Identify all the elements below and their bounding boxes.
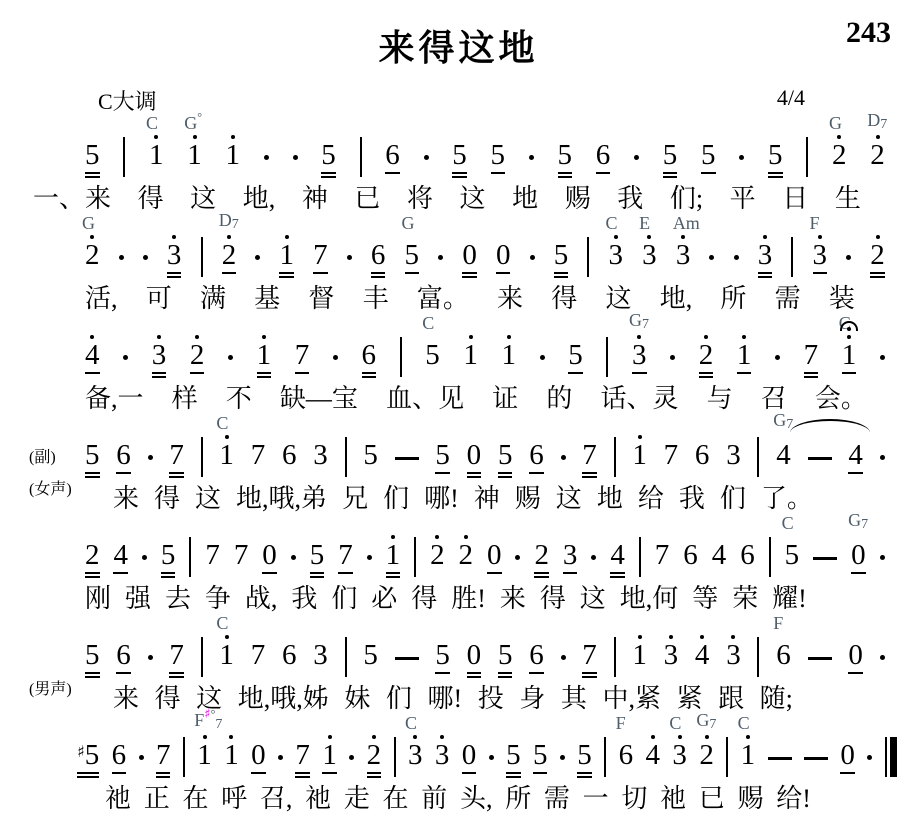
note: 5 (558, 132, 573, 179)
augmentation-dot (880, 555, 885, 560)
underline-group (197, 770, 212, 779)
lyric-syllable: 所 (505, 782, 531, 816)
sharp-icon: ♯ (77, 742, 85, 761)
note-digit: 7 (582, 641, 597, 670)
barline (769, 537, 771, 577)
underline (167, 276, 182, 278)
underline-group (321, 170, 336, 179)
underline-group (568, 370, 583, 379)
underline (169, 672, 184, 674)
lyric-syllable: 前 (421, 782, 447, 816)
underline (161, 572, 176, 574)
note: 1 (322, 732, 337, 779)
note: 2 (534, 532, 549, 579)
underline (558, 176, 573, 178)
underline (156, 772, 171, 774)
note-digit: 5 (435, 641, 450, 670)
note: C3 (408, 732, 423, 779)
note-row: 567C17635505671343F60 (85, 631, 885, 679)
underline (632, 372, 647, 374)
note-digit: 5 (498, 641, 513, 670)
note: 3 (313, 632, 328, 679)
note: 5 (363, 632, 378, 679)
augmentation-dot (367, 555, 372, 560)
note: 5 (363, 432, 378, 479)
augmentation-dot (293, 155, 298, 160)
note: C3 (672, 732, 687, 779)
underline (367, 776, 382, 778)
underline-group (116, 670, 131, 679)
chord-label: G (829, 114, 842, 132)
underline (295, 772, 310, 774)
underline (582, 676, 597, 678)
underline-group (251, 470, 266, 479)
augmentation-dot (561, 455, 566, 460)
note-digit: 5 (85, 441, 100, 470)
underline (85, 176, 100, 178)
lyric-syllable: 这 (580, 582, 606, 616)
chord-label: D7 (867, 111, 887, 132)
underline-group (251, 770, 266, 779)
lyric-syllable: 血、见 (386, 382, 464, 416)
underline-group (222, 270, 237, 279)
lyric-syllable: 等 (692, 582, 718, 616)
note: 6 (371, 232, 386, 279)
note-digit: 7 (664, 441, 679, 470)
octave-dot (154, 135, 158, 139)
note: 5 (310, 532, 325, 579)
note: 3 (726, 632, 741, 679)
note: 6 (282, 632, 297, 679)
underline (582, 672, 597, 674)
lyric-row: 活,可满基督丰富。来得这地,所需装 (85, 282, 855, 316)
lyric-syllable: 争 (205, 582, 231, 616)
underline (405, 272, 420, 274)
underline (435, 472, 450, 474)
underline-group (467, 670, 482, 679)
underline-group (870, 170, 885, 179)
underline (112, 772, 127, 774)
note: G2 (832, 132, 847, 179)
underline-group (313, 470, 328, 479)
chord-label: G7 (629, 311, 649, 332)
underline-group (699, 370, 714, 379)
note-digit: 4 (712, 541, 727, 570)
underline-group (758, 270, 773, 279)
underline-group (672, 770, 687, 779)
lyric-syllable: 们; (670, 182, 703, 216)
underline-group (385, 170, 400, 179)
duration-dash (804, 757, 828, 760)
underline (506, 776, 521, 778)
underline-group (851, 570, 866, 579)
note: 5 (85, 132, 100, 179)
lyric-syllable: 头, (460, 782, 493, 816)
note: 7 (251, 432, 266, 479)
note: 3 (167, 232, 182, 279)
underline (534, 576, 549, 578)
octave-dot (876, 135, 880, 139)
note: 5 (491, 132, 506, 179)
note: 5 (452, 132, 467, 179)
lyric-syllable: 去 (165, 582, 191, 616)
underline (257, 372, 272, 374)
note: 6 (683, 532, 698, 579)
underline-group (699, 770, 714, 779)
note-digit: 5 (425, 341, 440, 370)
underline-group (363, 670, 378, 679)
lyric-syllable: 基 (254, 282, 280, 316)
note-digit: 7 (338, 541, 353, 570)
lyric-syllable: 生 (835, 182, 861, 216)
augmentation-dot (489, 755, 494, 760)
lyric-syllable: 得 (540, 582, 566, 616)
octave-dot (90, 235, 94, 239)
lyric-syllable: 缺—宝 (280, 382, 358, 416)
underline-group (664, 470, 679, 479)
augmentation-dot (530, 255, 535, 260)
underline (467, 476, 482, 478)
note: 0 (496, 232, 511, 279)
note: D72 (870, 132, 885, 179)
lyric-syllable: 我 (617, 182, 643, 216)
augmentation-dot (139, 755, 144, 760)
barline (394, 737, 396, 777)
underline (435, 672, 450, 674)
note-digit: 7 (205, 541, 220, 570)
note: 1 (463, 332, 478, 379)
barline (614, 637, 616, 677)
note-digit: 3 (408, 741, 423, 770)
underline-group (610, 570, 625, 579)
underline (498, 676, 513, 678)
underline-group (663, 170, 678, 179)
underline-group (295, 770, 310, 779)
underline-group (149, 170, 164, 179)
augmentation-dot (634, 155, 639, 160)
note: 5 (701, 132, 716, 179)
underline-group (463, 370, 478, 379)
note: 3 (435, 732, 450, 779)
note: 0 (467, 632, 482, 679)
lyric-syllable: 给! (776, 782, 811, 816)
underline (321, 172, 336, 174)
augmentation-dot (278, 755, 283, 760)
underline-group (85, 370, 100, 379)
barline (123, 137, 125, 177)
octave-dot (746, 735, 750, 739)
octave-dot (262, 335, 266, 339)
score: 5C1G°11565556555G2D72一、来得这地,神已将这地赐我们;平日生… (0, 116, 917, 816)
music-system: 432176C5115G73217C1备,一样不缺—宝血、见证的话、灵与召会。 (85, 316, 917, 416)
note: 7 (664, 432, 679, 479)
lyric-syllable: 切 (621, 782, 647, 816)
underline-group (161, 570, 176, 579)
note-digit: 5 (321, 141, 336, 170)
note-digit: 1 (197, 741, 212, 770)
octave-dot (681, 235, 685, 239)
note-digit: 6 (740, 541, 755, 570)
octave-dot (763, 235, 767, 239)
augmentation-dot (846, 255, 851, 260)
lyric-syllable: 刚 (85, 582, 111, 616)
lyric-syllable: 这 (556, 482, 582, 516)
note-digit: 0 (462, 741, 477, 770)
lyric-syllable: 兄 (342, 482, 368, 516)
underline (85, 472, 100, 474)
note-row: ♯567F♯°7110712C330555F64C3G72C10 (77, 731, 897, 779)
underline (116, 472, 131, 474)
underline-group (632, 470, 647, 479)
octave-dot (705, 735, 709, 739)
augmentation-dot (291, 555, 296, 560)
underline-group (676, 270, 691, 279)
underline-group (529, 670, 544, 679)
note: G5 (405, 232, 420, 279)
octave-dot (157, 335, 161, 339)
underline-group (832, 170, 847, 179)
lyric-syllable: 日 (782, 182, 808, 216)
underline-group (224, 770, 239, 779)
lyric-row: 祂正在呼召,祂走在前头,所需一切祂已赐给! (105, 782, 811, 816)
note: C1 (149, 132, 164, 179)
underline-group (262, 570, 277, 579)
note-digit: 7 (251, 441, 266, 470)
underline-group (609, 270, 624, 279)
note-digit: 7 (655, 541, 670, 570)
time-signature: 4/4 (777, 85, 805, 116)
note-digit: 3 (726, 641, 741, 670)
underline (367, 772, 382, 774)
lyric-syllable: 得 (551, 282, 577, 316)
lyric-syllable: 呼 (221, 782, 247, 816)
underline (467, 672, 482, 674)
underline (85, 372, 100, 374)
underline-group (459, 570, 474, 579)
underline (851, 572, 866, 574)
underline-group (435, 470, 450, 479)
lyric-syllable: 身 (519, 682, 545, 716)
note: 5 (506, 732, 521, 779)
lyric-syllable: 地,何 (620, 582, 679, 616)
octave-dot (818, 235, 822, 239)
octave-dot (507, 335, 511, 339)
note-digit: 2 (85, 241, 100, 270)
underline (558, 172, 573, 174)
underline-group (425, 370, 440, 379)
augmentation-dot (540, 355, 545, 360)
note: 5 (663, 132, 678, 179)
note-row: 2457705712202347646C5G70 (85, 531, 885, 579)
note-digit: 3 (726, 441, 741, 470)
note: 2 (459, 532, 474, 579)
augmentation-dot (880, 455, 885, 460)
barline (726, 737, 728, 777)
note: 2 (699, 332, 714, 379)
note-digit: 2 (459, 541, 474, 570)
augmentation-dot (734, 255, 739, 260)
note-digit: 3 (435, 741, 450, 770)
duration-dash (768, 757, 792, 760)
lyric-syllable: 这 (605, 282, 631, 316)
underline-group (632, 370, 647, 379)
note-digit: ♯5 (77, 737, 99, 770)
note-digit: 6 (529, 641, 544, 670)
note: C1 (219, 432, 234, 479)
underline-group (367, 770, 382, 779)
underline-group (295, 370, 310, 379)
underline (338, 572, 353, 574)
chord-label: G7 (696, 711, 716, 732)
underline-group (741, 770, 756, 779)
underline-group (310, 570, 325, 579)
note: 5 (85, 432, 100, 479)
note-digit: 3 (664, 641, 679, 670)
underline-group (534, 570, 549, 579)
note: 4 (848, 432, 863, 479)
underline (467, 472, 482, 474)
underline-group (85, 470, 100, 479)
octave-dot (678, 735, 682, 739)
augmentation-dot (867, 755, 872, 760)
underline-group (205, 570, 220, 579)
note-digit: 0 (487, 541, 502, 570)
underline (498, 476, 513, 478)
augmentation-dot (333, 355, 338, 360)
note: 4 (85, 332, 100, 379)
underline-group (496, 270, 511, 279)
note-digit: 3 (609, 241, 624, 270)
lyric-syllable: 可 (146, 282, 172, 316)
octave-dot (435, 535, 439, 539)
meta-row: C大调 4/4 (0, 71, 917, 116)
note-row: G23D72176G5005C3E3Am33F32 (85, 231, 885, 279)
note: 5 (85, 632, 100, 679)
note: 7 (205, 532, 220, 579)
lyric-syllable: 得 (154, 482, 180, 516)
note-digit: 1 (741, 741, 756, 770)
note: 4 (695, 632, 710, 679)
underline-group (322, 770, 337, 779)
voice-label: (女声) (29, 476, 72, 499)
barline (757, 437, 759, 477)
lyric-syllable: 们 (386, 682, 412, 716)
lyric-syllable: 战, (245, 582, 278, 616)
underline-group (695, 470, 710, 479)
note-digit: 6 (371, 241, 386, 270)
underline (563, 572, 578, 574)
note-digit: 5 (405, 241, 420, 270)
note: G73 (632, 332, 647, 379)
lyric-syllable: 祂 (660, 782, 686, 816)
chord-label: G (402, 214, 415, 232)
underline (840, 772, 855, 774)
lyric-row: 一、来得这地,神已将这地赐我们;平日生 (33, 182, 861, 216)
note: 0 (251, 732, 266, 779)
note: ♯5 (77, 728, 99, 779)
lyric-syllable: 随; (760, 682, 793, 716)
note: G70 (851, 532, 866, 579)
lyric-syllable: 地 (597, 482, 623, 516)
note-digit: 5 (310, 541, 325, 570)
note: 7 (156, 732, 171, 779)
lyric-syllable: 我 (291, 582, 317, 616)
underline-group (683, 570, 698, 579)
underline-group (619, 770, 634, 779)
augmentation-dot (142, 555, 147, 560)
final-barline-thick (890, 737, 897, 777)
lyric-syllable: 地,哦,弟 (236, 482, 327, 516)
lyric-syllable: 需 (544, 782, 570, 816)
underline (610, 576, 625, 578)
lyric-syllable: 话、灵 (600, 382, 678, 416)
underline (321, 176, 336, 178)
underline (848, 672, 863, 674)
barline (201, 637, 203, 677)
note: 0 (467, 432, 482, 479)
underline-group (116, 470, 131, 479)
underline-group (152, 370, 167, 379)
lyric-syllable: 的 (546, 382, 572, 416)
chord-label: F (773, 614, 783, 632)
octave-dot (285, 235, 289, 239)
note: 5 (533, 732, 548, 779)
lyric-syllable: 走 (344, 782, 370, 816)
underline (498, 472, 513, 474)
note-digit: 1 (257, 341, 272, 370)
note: 7 (169, 632, 184, 679)
voice-label: (男声) (29, 676, 72, 699)
underline (452, 172, 467, 174)
note-digit: 0 (848, 641, 863, 670)
underline (758, 272, 773, 274)
lyric-syllable: 地 (512, 182, 538, 216)
underline-group (85, 170, 100, 179)
note-digit: 3 (167, 241, 182, 270)
underline-group (726, 670, 741, 679)
underline (467, 676, 482, 678)
underline-group (251, 670, 266, 679)
underline (169, 676, 184, 678)
lyric-syllable: 来 (113, 482, 139, 516)
underline (386, 576, 401, 578)
note-digit: 0 (840, 741, 855, 770)
octave-dot (195, 335, 199, 339)
final-barline-thin (885, 737, 887, 777)
underline (533, 772, 548, 774)
underline-group (642, 270, 657, 279)
lyric-syllable: 其 (561, 682, 587, 716)
note: 6 (116, 632, 131, 679)
underline-group (226, 170, 241, 179)
lyric-syllable: 来 (113, 682, 139, 716)
duration-dash (808, 657, 832, 660)
note: 7 (295, 332, 310, 379)
note-digit: 0 (467, 641, 482, 670)
note: 0 (462, 732, 477, 779)
barline (757, 637, 759, 677)
music-system: ♯567F♯°7110712C330555F64C3G72C10祂正在呼召,祂走… (85, 716, 917, 816)
chord-label: C (606, 214, 618, 232)
lyric-syllable: 富。 (417, 282, 469, 316)
note: 6 (740, 532, 755, 579)
underline (152, 372, 167, 374)
augmentation-dot (119, 255, 124, 260)
note: 6 (112, 732, 127, 779)
octave-dot (464, 535, 468, 539)
octave-dot (700, 635, 704, 639)
underline-group (113, 570, 128, 579)
